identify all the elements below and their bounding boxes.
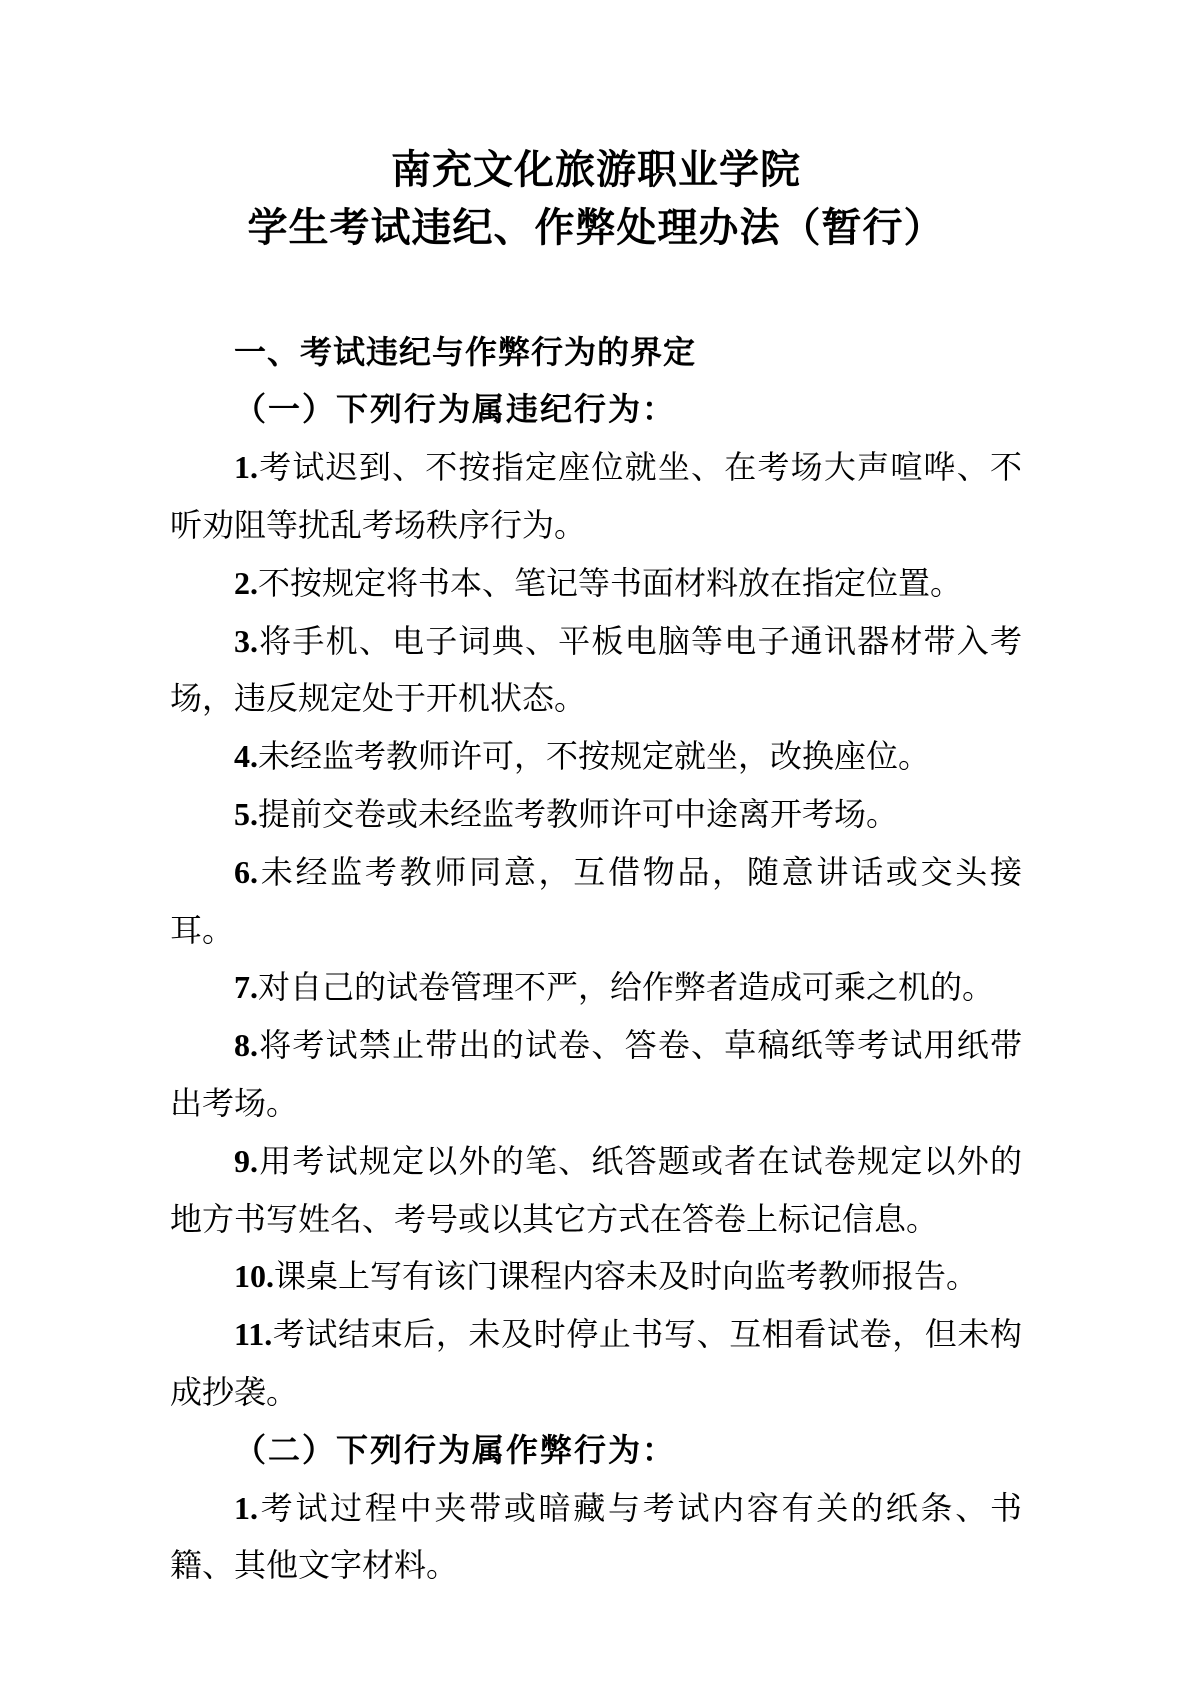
list-item-7: 7.对自己的试卷管理不严，给作弊者造成可乘之机的。: [170, 959, 1022, 1017]
item-text: 将手机、电子词典、平板电脑等电子通讯器材带入考场，违反规定处于开机状态。: [170, 623, 1022, 717]
item-number: 5.: [234, 796, 258, 832]
item-text: 考试迟到、不按指定座位就坐、在考场大声喧哗、不听劝阻等扰乱考场秩序行为。: [170, 449, 1022, 543]
item-number: 2.: [234, 565, 258, 601]
list-item-1: 1.考试迟到、不按指定座位就坐、在考场大声喧哗、不听劝阻等扰乱考场秩序行为。: [170, 439, 1022, 555]
item-text: 提前交卷或未经监考教师许可中途离开考场。: [258, 796, 898, 832]
item-number: 6.: [234, 854, 258, 890]
subsection-heading-2: （二）下列行为属作弊行为：: [170, 1422, 1022, 1480]
item-number: 9.: [234, 1143, 258, 1179]
list-item-5: 5.提前交卷或未经监考教师许可中途离开考场。: [170, 786, 1022, 844]
document-body: 一、考试违纪与作弊行为的界定 （一）下列行为属违纪行为： 1.考试迟到、不按指定…: [170, 324, 1022, 1596]
document-title: 南充文化旅游职业学院 学生考试违纪、作弊处理办法（暂行）: [170, 141, 1022, 257]
document-page: 南充文化旅游职业学院 学生考试违纪、作弊处理办法（暂行） 一、考试违纪与作弊行为…: [0, 0, 1190, 1683]
list-item-11: 11.考试结束后，未及时停止书写、互相看试卷，但未构成抄袭。: [170, 1306, 1022, 1422]
item-number: 8.: [234, 1027, 258, 1063]
item-text: 用考试规定以外的笔、纸答题或者在试卷规定以外的地方书写姓名、考号或以其它方式在答…: [170, 1143, 1022, 1237]
item-number: 1.: [234, 1490, 258, 1526]
list-item-8: 8.将考试禁止带出的试卷、答卷、草稿纸等考试用纸带出考场。: [170, 1017, 1022, 1133]
item-number: 1.: [234, 449, 258, 485]
item-number: 11.: [234, 1316, 272, 1352]
document-title-line-1: 南充文化旅游职业学院: [170, 141, 1022, 199]
subsection-heading-1: （一）下列行为属违纪行为：: [170, 381, 1022, 439]
document-title-line-2: 学生考试违纪、作弊处理办法（暂行）: [170, 199, 1022, 257]
item-number: 10.: [234, 1258, 274, 1294]
item-text: 考试过程中夹带或暗藏与考试内容有关的纸条、书籍、其他文字材料。: [170, 1490, 1022, 1584]
list-item-9: 9.用考试规定以外的笔、纸答题或者在试卷规定以外的地方书写姓名、考号或以其它方式…: [170, 1133, 1022, 1249]
item-text: 课桌上写有该门课程内容未及时向监考教师报告。: [274, 1258, 978, 1294]
list-item-10: 10.课桌上写有该门课程内容未及时向监考教师报告。: [170, 1248, 1022, 1306]
list-item-2: 2.不按规定将书本、笔记等书面材料放在指定位置。: [170, 555, 1022, 613]
item-number: 3.: [234, 623, 258, 659]
item-text: 将考试禁止带出的试卷、答卷、草稿纸等考试用纸带出考场。: [170, 1027, 1022, 1121]
item-text: 不按规定将书本、笔记等书面材料放在指定位置。: [258, 565, 962, 601]
item-text: 未经监考教师许可，不按规定就坐，改换座位。: [258, 738, 930, 774]
document-content: 南充文化旅游职业学院 学生考试违纪、作弊处理办法（暂行） 一、考试违纪与作弊行为…: [0, 141, 1190, 1595]
list-item-4: 4.未经监考教师许可，不按规定就坐，改换座位。: [170, 728, 1022, 786]
item-text: 对自己的试卷管理不严，给作弊者造成可乘之机的。: [258, 969, 994, 1005]
item-text: 未经监考教师同意，互借物品，随意讲话或交头接耳。: [170, 854, 1022, 948]
list-item-12: 1.考试过程中夹带或暗藏与考试内容有关的纸条、书籍、其他文字材料。: [170, 1480, 1022, 1596]
item-text: 考试结束后，未及时停止书写、互相看试卷，但未构成抄袭。: [170, 1316, 1022, 1410]
list-item-3: 3.将手机、电子词典、平板电脑等电子通讯器材带入考场，违反规定处于开机状态。: [170, 613, 1022, 729]
item-number: 4.: [234, 738, 258, 774]
list-item-6: 6.未经监考教师同意，互借物品，随意讲话或交头接耳。: [170, 844, 1022, 960]
section-heading-1: 一、考试违纪与作弊行为的界定: [170, 324, 1022, 382]
item-number: 7.: [234, 969, 258, 1005]
